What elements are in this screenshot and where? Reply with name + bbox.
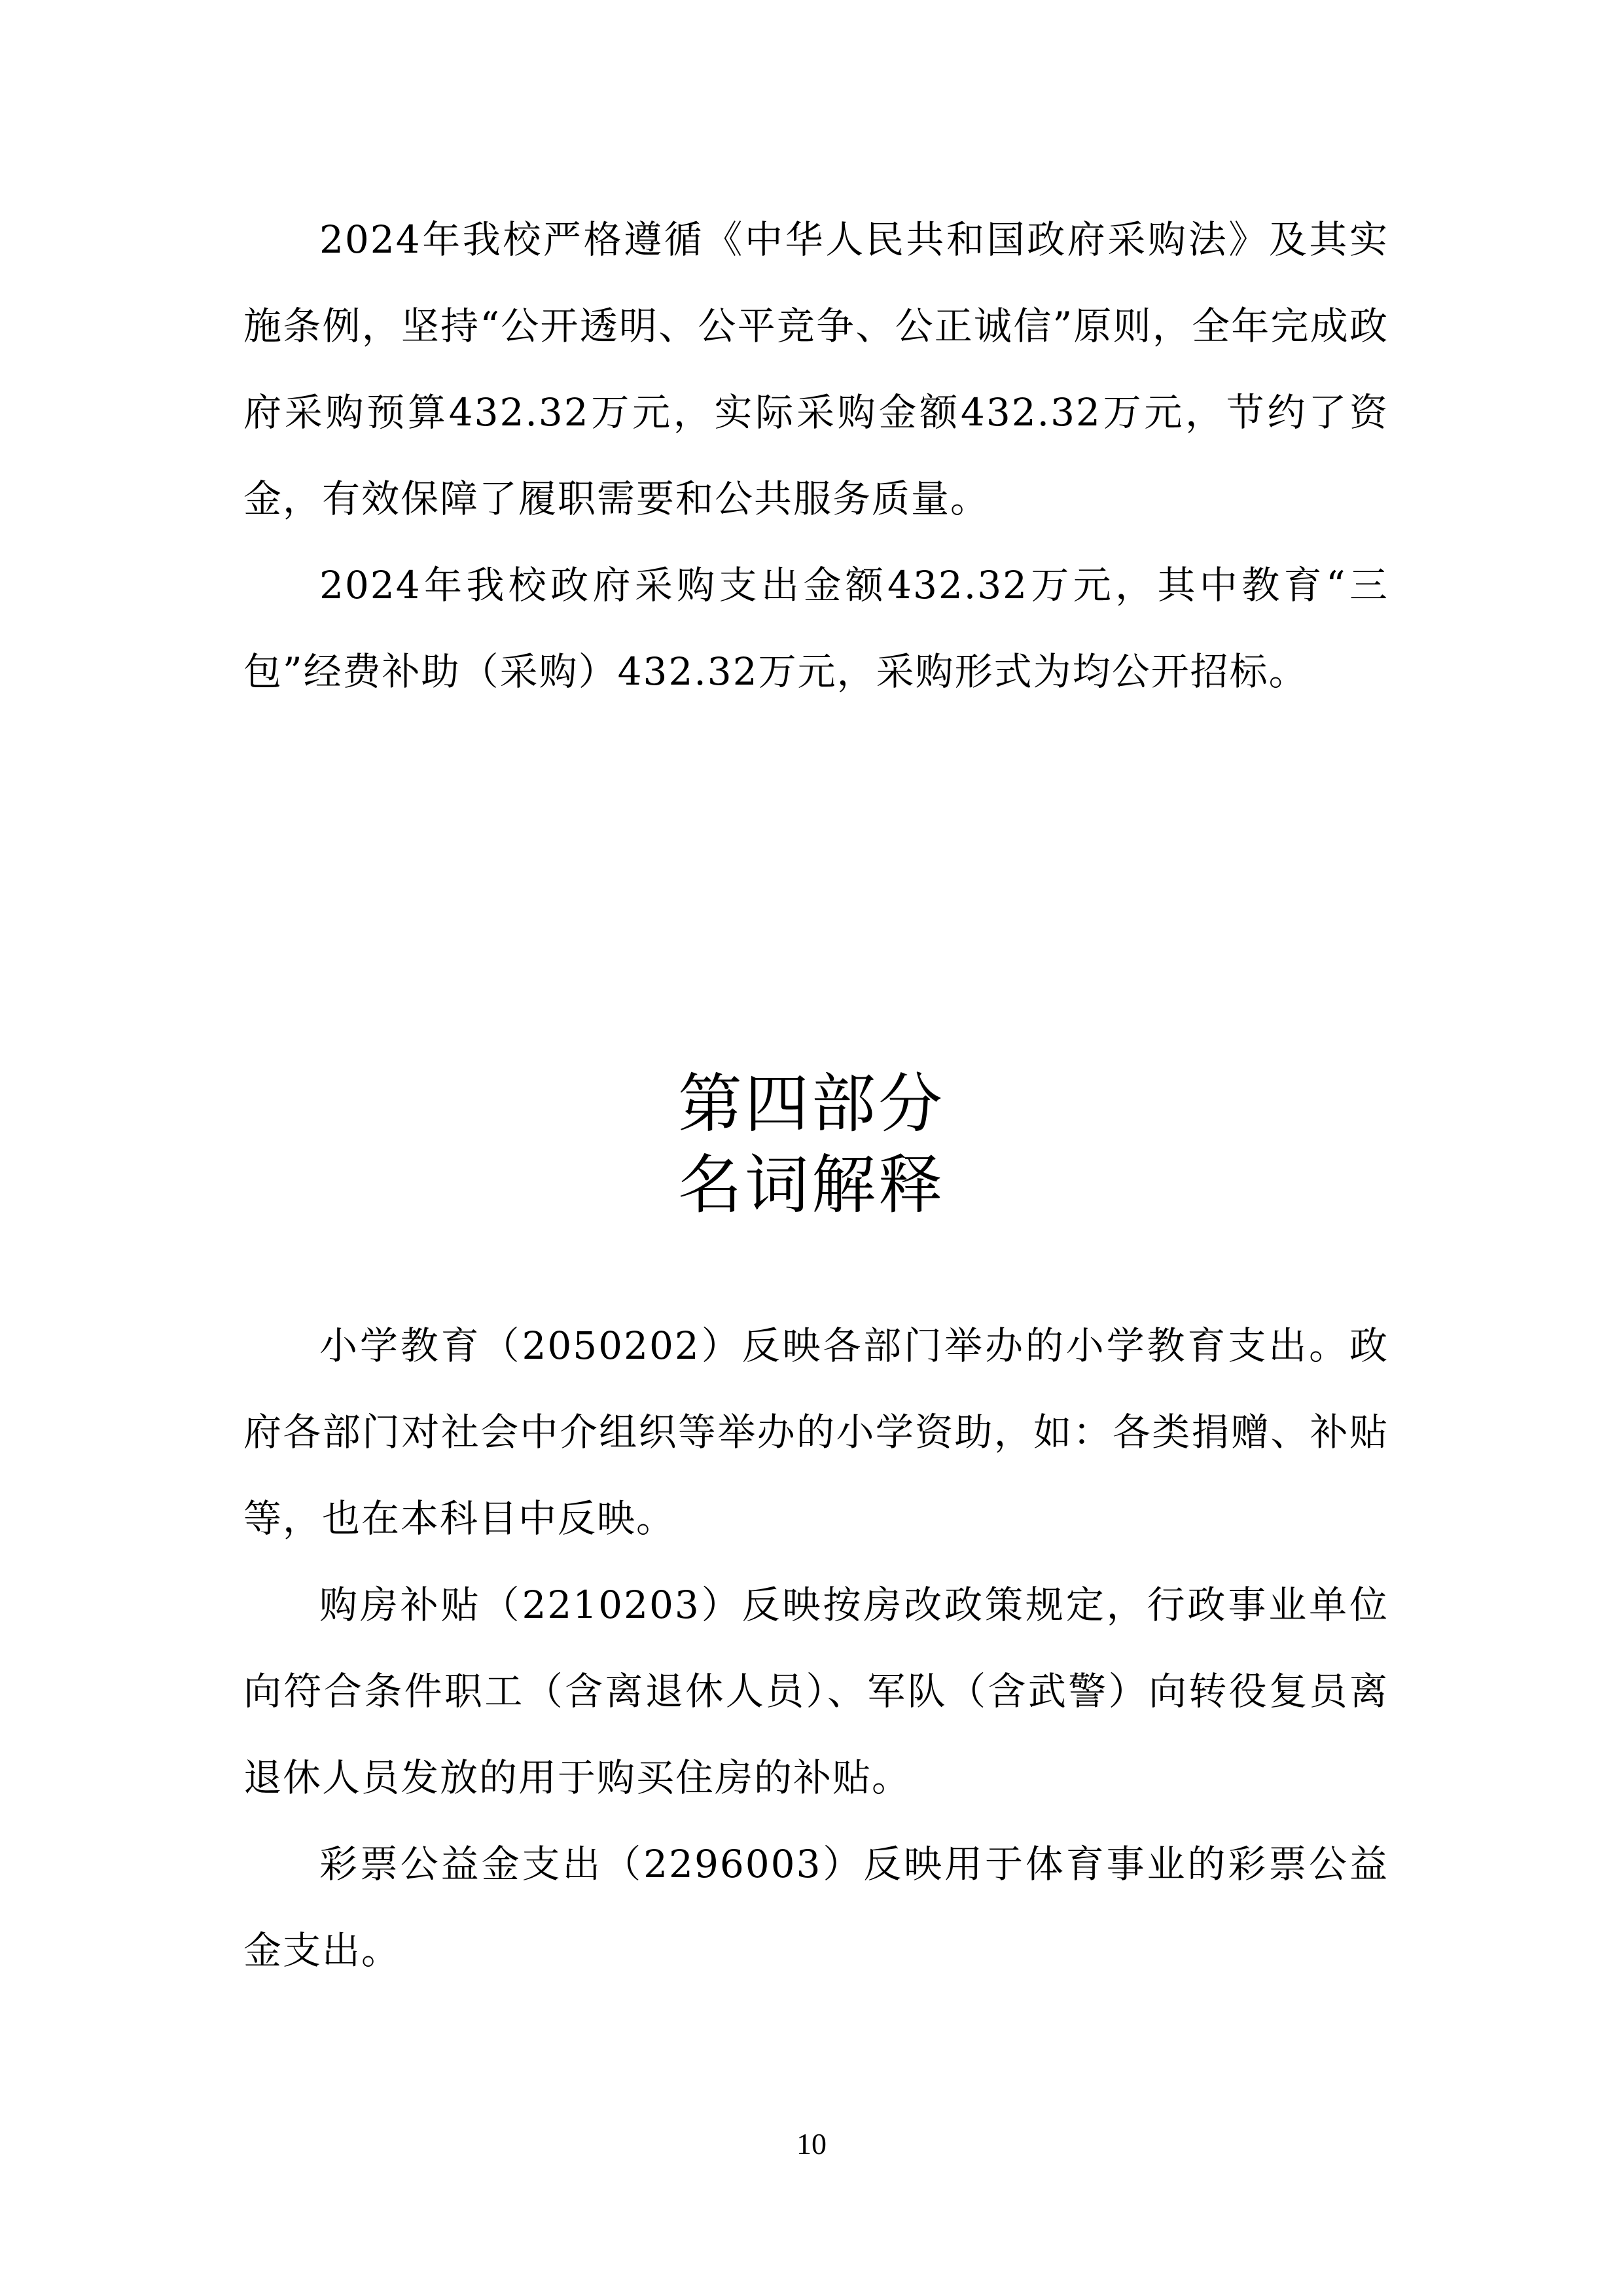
procurement-paragraph: 2024年我校严格遵循《中华人民共和国政府采购法》及其实施条例，坚持“公开透明、… [243,196,1389,542]
glossary-entry: 小学教育（2050202）反映各部门举办的小学教育支出。政府各部门对社会中介组织… [243,1302,1389,1562]
section-heading: 第四部分 名词解释 [0,1064,1623,1226]
procurement-section: 2024年我校严格遵循《中华人民共和国政府采购法》及其实施条例，坚持“公开透明、… [243,196,1389,715]
glossary-entry: 彩票公益金支出（2296003）反映用于体育事业的彩票公益金支出。 [243,1821,1389,1994]
section-heading-line-1: 第四部分 [0,1064,1623,1145]
page-number: 10 [0,2126,1623,2162]
glossary-entry: 购房补贴（2210203）反映按房改政策规定，行政事业单位向符合条件职工（含离退… [243,1562,1389,1821]
section-heading-line-2: 名词解释 [0,1145,1623,1226]
document-page: 2024年我校严格遵循《中华人民共和国政府采购法》及其实施条例，坚持“公开透明、… [0,0,1623,2296]
procurement-paragraph: 2024年我校政府采购支出金额432.32万元，其中教育“三包”经费补助（采购）… [243,542,1389,715]
glossary-section: 小学教育（2050202）反映各部门举办的小学教育支出。政府各部门对社会中介组织… [243,1302,1389,1994]
